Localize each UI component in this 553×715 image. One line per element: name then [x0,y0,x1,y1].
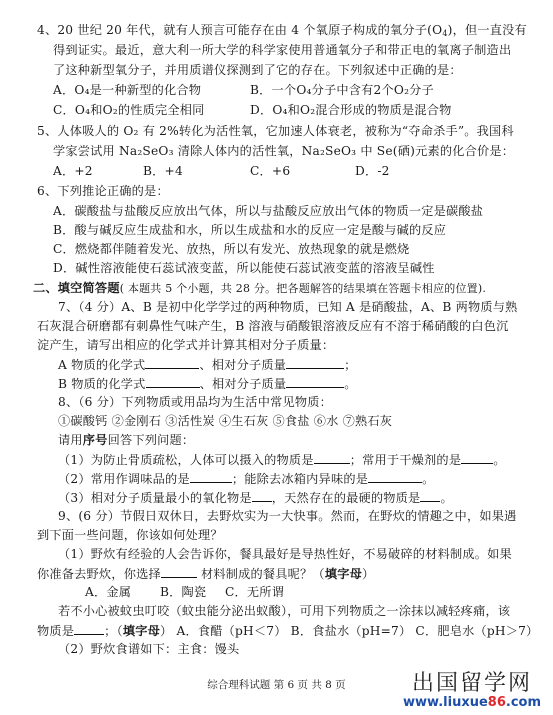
section2-note: ( 本题共 5 个小题，共 28 分。把各题解答的结果填在答题卡相应的位置). [120,282,486,295]
q9-line2: 到下面一些问题，你该如何处理？ [37,527,223,543]
q7-a-mid: 、相对分子质量 [199,358,286,372]
watermark-url-post: .com [506,695,541,710]
q6-option-c: C．燃烧都伴随着发光、放热，所以有发光、放热现象的就是燃烧 [53,241,409,257]
q8-s2-c: 。 [422,472,434,486]
q9-p1-option-a: A．金属 [85,584,131,600]
q8-s3-blank1[interactable] [252,489,272,502]
q6-option-a: A．碳酸盐与盐酸反应放出气体，所以与盐酸反应放出气体的物质一定是碳酸盐 [53,203,483,219]
q8-instr-bold: 序号 [83,433,108,447]
section2-title: 二、填空简答题 [33,281,120,295]
q9-p1-line3: 若不小心被蚊虫叮咬（蚊虫能分泌出蚁酸），可用下列物质之一涂抹以减轻疼痛，该 [58,603,510,619]
q8-s3-c: 。 [440,491,452,505]
q4-line1: 4、20 世纪 20 年代，就有人预言可能存在由 4 个氧原子构成的氧分子(O4… [37,22,527,38]
q7-b-formula-blank[interactable] [146,375,200,388]
q9-p1-line4: 物质是；（填字母） A．食醋（pH＜7） B．食盐水（pH=7） C．肥皂水（p… [37,622,538,639]
q8-s2-a: （2）常用作调味品的是 [58,472,190,486]
q5-line1: 5、人体吸人的 O₂ 有 2%转化为活性氧，它加速人体衰老，被称为“夺命杀手”。… [37,123,514,139]
q9-p1-substance-blank[interactable] [74,622,104,635]
q4-option-d: D．O₄和O₂混合形成的物质是混合物 [250,102,452,118]
q8-s3-b: ，天然存在的最硬的物质是 [272,491,421,505]
q7-a-formula-blank[interactable] [145,356,199,369]
q8-s1-blank1[interactable] [314,451,350,464]
watermark-site-name: 出国留学网 [403,672,541,696]
q8-sub3: （3）相对分子质量最小的氧化物是，天然存在的最硬的物质是。 [58,489,453,506]
q8-s1-b: ；常用于干燥剂的是 [350,453,462,467]
q6-option-b: B．酸与碱反应生成盐和水，所以生成盐和水的反应一定是酸与碱的反应 [53,222,446,238]
section2-heading: 二、填空简答题( 本题共 5 个小题，共 28 分。把各题解答的结果填在答题卡相… [33,280,486,297]
q8-items: ①碳酸钙 ②金刚石 ③活性炭 ④生石灰 ⑤食盐 ⑥水 ⑦熟石灰 [58,413,392,429]
q7-line3: 淀产生，请写出相应的化学式并计算其相对分子质量： [37,337,334,353]
q8-s3-blank2[interactable] [420,489,440,502]
q9-line1: 9、(6 分）节假日双休日，去野炊实为一大快事。然而，在野炊的情趣之中，如果遇 [58,508,517,524]
q8-instruction: 请用序号回答下列问题： [58,432,194,448]
q7-a-mass-blank[interactable] [286,356,344,369]
q9-p1-option-b: B．陶瓷 [160,584,206,600]
q6-option-d: D．碱性溶液能使石蕊试液变蓝，所以能使石蕊试液变蓝的溶液呈碱性 [53,260,435,276]
q7-a-end: ； [344,358,356,372]
q4-option-b: B．一个O₄分子中含有2个O₂分子 [250,82,434,98]
q7-b-row: B 物质的化学式、相对分子质量。 [58,375,357,392]
q8-s2-blank1[interactable] [190,470,232,483]
q9-p1-line2: 你准备去野炊，你选择 材料制成的餐具呢？（填字母） [37,565,374,582]
q8-s1-blank2[interactable] [461,451,493,464]
q4-line1-end: )，但一直没有 [448,23,527,37]
q9-p1-l4-a: 物质是 [37,624,74,638]
watermark-url-num: 86 [488,695,506,710]
q5-line2: 学家尝试用 Na₂SeO₃ 清除人体内的活性氧，Na₂SeO₃ 中 Se(硒)元… [53,143,514,159]
q8-s3-a: （3）相对分子质量最小的氧化物是 [58,491,252,505]
watermark-url: www.liuxue86.com [403,696,541,710]
q4-line3: 了这种新型氧分子，并用质谱仪探测到了它的存在。下列叙述中正确的是： [53,62,462,78]
q7-b-label: B 物质的化学式 [58,377,146,391]
q9-p1-l2-c: ） [362,567,374,581]
q7-line1: 7、（4 分）A、B 是初中化学学过的两种物质，已知 A 是硝酸盐，A、B 两物… [58,299,518,315]
q8-instr-pre: 请用 [58,433,83,447]
q7-b-end: 。 [344,377,356,391]
q8-line1: 8、（6 分）下列物质或用品均为生活中常见物质： [58,394,332,410]
q9-p1-l2-b: 材料制成的餐具呢？（ [197,567,325,581]
q4-option-c: C．O₄和O₂的性质完全相同 [53,102,205,118]
q4-line1-text: 4、20 世纪 20 年代，就有人预言可能存在由 4 个氧原子构成的氧分子(O [37,23,442,37]
q9-p1-l4-b: ；（ [104,624,123,638]
q9-p1-l4-bold: 填字母 [123,624,160,638]
q7-b-mid: 、相对分子质量 [200,377,287,391]
watermark: 出国留学网 www.liuxue86.com [403,672,541,710]
q4-line2: 得到证实。最近，意大利一所大学的科学家使用普通氧分子和带正电的氧离子制造出 [53,42,511,58]
watermark-url-pre: www.liuxue [403,695,488,710]
q9-p2-line1: （2）野炊食谱如下：主食：馒头 [58,641,239,657]
q8-sub2: （2）常用作调味品的是；能除去冰箱内异味的是。 [58,470,435,487]
q8-s1-a: （1）为防止骨质疏松，人体可以摄入的物质是 [58,453,314,467]
q5-option-d: D．-2 [355,163,390,179]
q7-line2: 石灰混合研磨都有刺鼻性气味产生，B 溶液与硝酸银溶液反应有不溶于稀硝酸的白色沉 [37,318,509,334]
q7-b-mass-blank[interactable] [286,375,344,388]
q7-a-row: A 物质的化学式、相对分子质量； [58,356,357,373]
q8-instr-post: 回答下列问题： [108,433,195,447]
q9-p1-material-blank[interactable] [161,565,197,578]
q9-p1-l2-bold: 填字母 [325,567,362,581]
q8-s2-b: ；能除去冰箱内异味的是 [232,472,368,486]
exam-page: 4、20 世纪 20 年代，就有人预言可能存在由 4 个氧原子构成的氧分子(O4… [0,0,553,715]
q8-s1-c: 。 [493,453,505,467]
q9-p1-l4-c: ） A．食醋（pH＜7） B．食盐水（pH=7） C．肥皂水（pH＞7） [160,624,538,638]
q9-p1-l2-a: 你准备去野炊，你选择 [37,567,161,581]
q6-line1: 6、下列推论正确的是： [37,183,169,199]
q9-p1-line1: （1）野炊有经验的人会告诉你，餐具最好是导热性好，不易破碎的材料制成。如果 [58,546,512,562]
q7-a-label: A 物质的化学式 [58,358,145,372]
q8-s2-blank2[interactable] [368,470,422,483]
q9-p1-option-c: C．无所谓 [225,584,284,600]
q4-option-a: A．O₄是一种新型的化合物 [53,82,201,98]
q5-option-a: A．+2 [53,163,93,179]
q5-option-c: C．+6 [250,163,290,179]
q8-sub1: （1）为防止骨质疏松，人体可以摄入的物质是；常用于干燥剂的是。 [58,451,506,468]
q5-option-b: B．+4 [143,163,183,179]
